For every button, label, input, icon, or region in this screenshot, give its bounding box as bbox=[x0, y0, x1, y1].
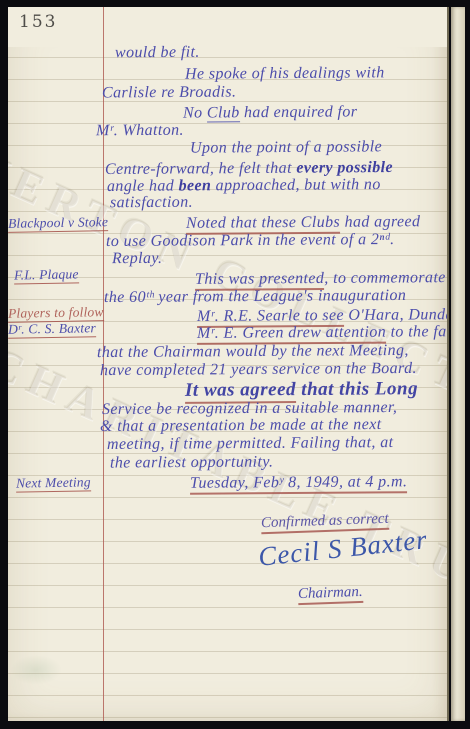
handwriting-segment: angle had bbox=[107, 177, 179, 194]
page-number: 153 bbox=[19, 12, 57, 32]
handwriting-line: Upon the point of a possible bbox=[190, 138, 382, 158]
scanned-minute-book-photo: { "page_number": "153", "watermark": { "… bbox=[0, 0, 470, 729]
handwriting-segment: Centre-forward, he felt that bbox=[105, 160, 296, 178]
chairman-title: Chairman. bbox=[298, 584, 363, 603]
handwriting-segment: every possible bbox=[296, 159, 393, 177]
margin-note-text: Next Meeting bbox=[16, 474, 91, 492]
handwriting-segment: Mʳ. Whatton. bbox=[96, 122, 184, 140]
handwriting-segment: Replay. bbox=[112, 250, 162, 267]
handwriting-segment: Service be recognized in a suitable mann… bbox=[102, 399, 397, 418]
handwriting-line: have completed 21 years service on the B… bbox=[100, 360, 417, 381]
handwriting-segment: Club bbox=[207, 104, 240, 122]
margin-note-text: Blackpool v Stoke bbox=[8, 214, 108, 233]
next-page-edge bbox=[451, 7, 465, 721]
handwriting-segment: He spoke of his dealings with bbox=[185, 64, 385, 82]
handwriting-segment: been bbox=[178, 177, 211, 194]
handwriting-segment: to the fact bbox=[386, 323, 449, 341]
handwriting-segment: that the Chairman would by the next Meet… bbox=[97, 342, 409, 361]
handwriting-line: Tuesday, Febʸ 8, 1949, at 4 p.m. bbox=[190, 473, 407, 493]
page-header-blank-area bbox=[8, 7, 447, 47]
margin-note: F.L. Plaque bbox=[14, 266, 79, 283]
margin-note-text: F.L. Plaque bbox=[14, 266, 79, 284]
handwriting-segment: Tuesday, Febʸ 8, 1949, at 4 p.m. bbox=[190, 473, 407, 495]
handwriting-segment: the 60ᵗʰ year from the League's inaugura… bbox=[104, 287, 406, 306]
handwriting-line: satisfaction. bbox=[110, 194, 193, 213]
handwriting-segment: O'Hara, Dundalk. bbox=[344, 306, 449, 324]
handwriting-line: & that a presentation be made at the nex… bbox=[100, 416, 382, 436]
handwriting-line: This was presented, to commemorate bbox=[195, 269, 446, 289]
handwriting-segment: Upon the point of a possible bbox=[190, 138, 382, 156]
handwriting-line: Replay. bbox=[112, 250, 162, 269]
handwriting-line: the earliest opportunity. bbox=[110, 453, 273, 473]
handwriting-segment: , to commemorate bbox=[324, 269, 446, 287]
handwriting-line: No Club had enquired for bbox=[183, 103, 357, 123]
handwriting-segment: meeting, if time permitted. Failing that… bbox=[107, 434, 394, 453]
handwriting-segment: have completed 21 years service on the B… bbox=[100, 360, 417, 379]
handwriting-segment: Carlisle re Broadis. bbox=[102, 84, 236, 102]
handwriting-segment: that this Long bbox=[296, 378, 418, 400]
handwriting-segment: had agreed bbox=[340, 213, 420, 231]
handwriting-line: would be fit. bbox=[115, 44, 200, 63]
handwriting-segment: would be fit. bbox=[115, 44, 200, 62]
handwriting-line: Carlisle re Broadis. bbox=[102, 84, 237, 103]
handwriting-line: Mʳ. E. Green drew attention to the fact bbox=[197, 323, 449, 343]
handwriting-segment: No bbox=[183, 104, 207, 121]
paper-stain bbox=[10, 655, 62, 685]
margin-note: Next Meeting bbox=[16, 474, 91, 491]
handwriting-segment: & that a presentation be made at the nex… bbox=[100, 416, 382, 435]
margin-note: Players to follow bbox=[8, 304, 104, 322]
handwriting-line: the 60ᵗʰ year from the League's inaugura… bbox=[104, 287, 406, 308]
handwriting-segment: satisfaction. bbox=[110, 194, 193, 212]
handwriting-line: meeting, if time permitted. Failing that… bbox=[107, 434, 394, 454]
handwriting-line: to use Goodison Park in the event of a 2… bbox=[106, 231, 395, 251]
handwriting-line: He spoke of his dealings with bbox=[185, 64, 385, 84]
handwriting-segment: the earliest opportunity. bbox=[110, 453, 273, 471]
handwriting-segment: to use Goodison Park in the event of a 2… bbox=[106, 231, 395, 250]
handwriting-segment: approached, but with no bbox=[211, 176, 381, 194]
chairman-text: Chairman. bbox=[298, 584, 363, 605]
margin-note-text: Dʳ. C. S. Baxter bbox=[8, 320, 96, 339]
ledger-page: 153 EVERTON COLLECTION CHARITABLE TRUST … bbox=[8, 7, 449, 721]
margin-note: Dʳ. C. S. Baxter bbox=[8, 320, 96, 338]
handwriting-segment: had enquired for bbox=[240, 103, 358, 121]
margin-note: Blackpool v Stoke bbox=[8, 214, 108, 232]
handwriting-line: Mʳ. Whatton. bbox=[96, 122, 184, 141]
